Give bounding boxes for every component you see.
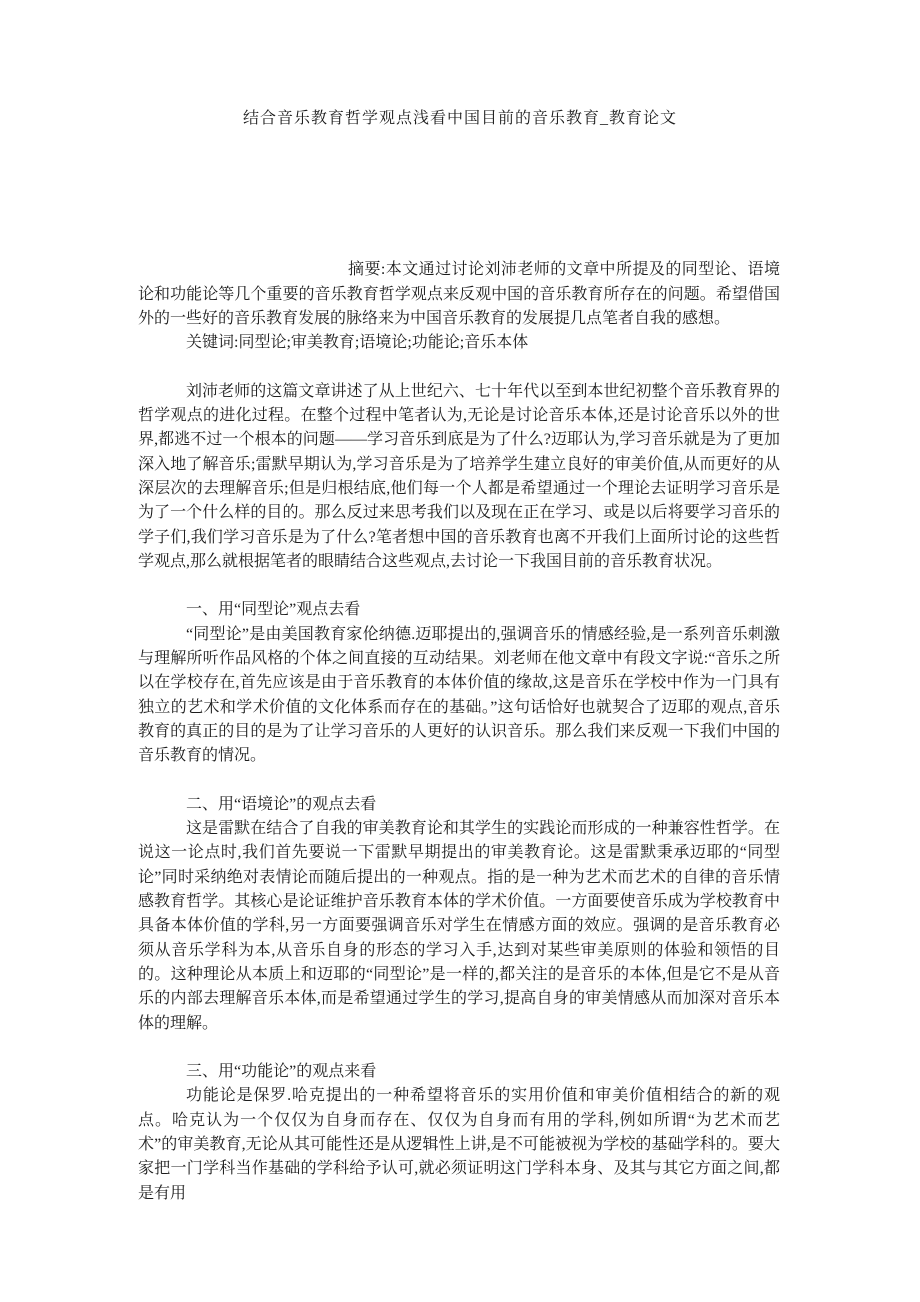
section-heading: 三、用“功能论”的观点来看 (138, 1060, 780, 1084)
block-spacer (138, 574, 780, 598)
document-page: 结合音乐教育哲学观点浅看中国目前的音乐教育_教育论文 摘要:本文通过讨论刘沛老师… (0, 0, 920, 1302)
section-gongnenglun: 三、用“功能论”的观点来看 功能论是保罗.哈克提出的一种希望将音乐的实用价值和审… (138, 1060, 780, 1206)
section-heading: 二、用“语境论”的观点去看 (138, 793, 780, 817)
document-body: 摘要:本文通过讨论刘沛老师的文章中所提及的同型论、语境论和功能论等几个重要的音乐… (138, 258, 780, 1206)
section-paragraph: 功能论是保罗.哈克提出的一种希望将音乐的实用价值和审美价值相结合的新的观点。哈克… (138, 1084, 780, 1205)
section-paragraph: “同型论”是由美国教育家伦纳德.迈耶提出的,强调音乐的情感经验,是一系列音乐刺激… (138, 623, 780, 769)
block-spacer (138, 1036, 780, 1060)
section-yujinglun: 二、用“语境论”的观点去看 这是雷默在结合了自我的审美教育论和其学生的实践论而形… (138, 793, 780, 1036)
block-spacer (138, 355, 780, 379)
title-spacer (0, 131, 920, 258)
block-spacer (138, 769, 780, 793)
section-paragraph: 这是雷默在结合了自我的审美教育论和其学生的实践论而形成的一种兼容性哲学。在说这一… (138, 817, 780, 1036)
section-tongxinglun: 一、用“同型论”观点去看 “同型论”是由美国教育家伦纳德.迈耶提出的,强调音乐的… (138, 598, 780, 768)
keywords-line: 关键词:同型论;审美教育;语境论;功能论;音乐本体 (138, 331, 780, 355)
section-heading: 一、用“同型论”观点去看 (138, 598, 780, 622)
abstract-paragraph: 摘要:本文通过讨论刘沛老师的文章中所提及的同型论、语境论和功能论等几个重要的音乐… (138, 258, 780, 331)
intro-paragraph: 刘沛老师的这篇文章讲述了从上世纪六、七十年代以至到本世纪初整个音乐教育界的哲学观… (138, 380, 780, 574)
document-title: 结合音乐教育哲学观点浅看中国目前的音乐教育_教育论文 (0, 0, 920, 131)
